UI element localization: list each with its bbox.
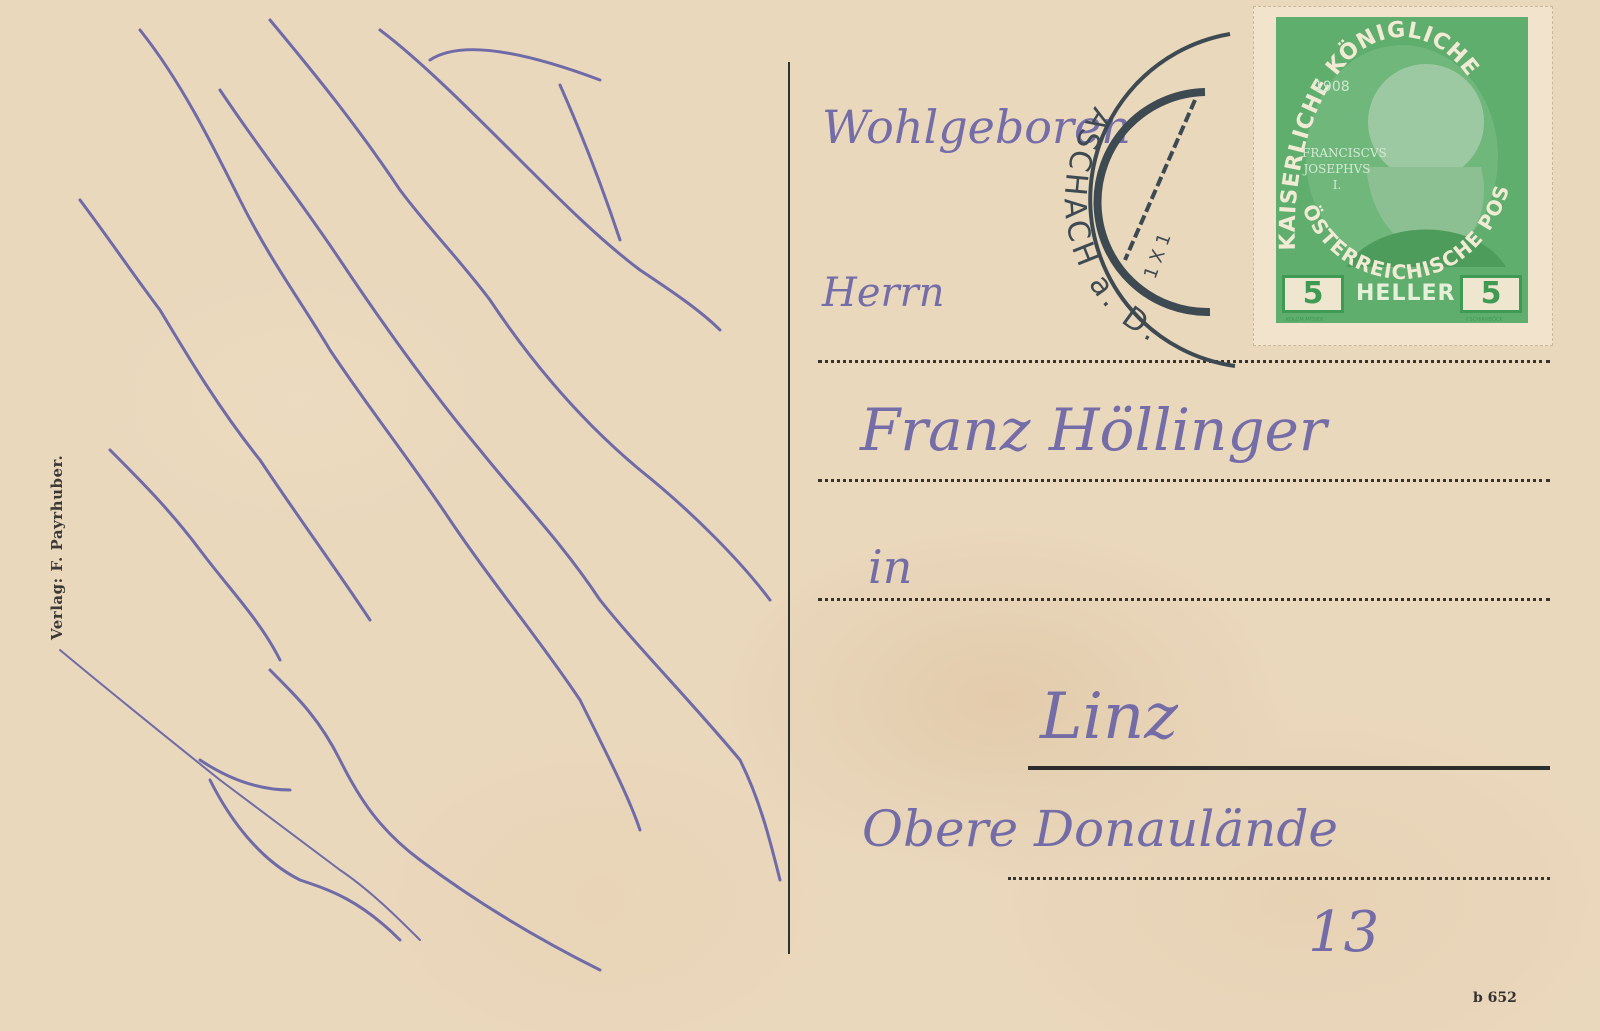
card-serial-number: b 652 xyxy=(1473,990,1517,1006)
svg-text:ASCHACH a. D.: ASCHACH a. D. xyxy=(1056,102,1167,351)
address-city: Linz xyxy=(1040,680,1178,754)
postcard-back: Verlag: F. Payrhuber. Herzlichen Dank fü… xyxy=(0,0,1600,1031)
stamp-value-left: 5 xyxy=(1282,275,1344,313)
postage-stamp: KAISERLICHE KÖNIGLICHE ÖSTERREICHISCHE P… xyxy=(1253,6,1553,346)
address-house-number: 13 xyxy=(1308,900,1379,965)
stamp-year: 1908 xyxy=(1314,79,1350,95)
address-name: Franz Höllinger xyxy=(860,396,1327,464)
stamp-design: KAISERLICHE KÖNIGLICHE ÖSTERREICHISCHE P… xyxy=(1276,17,1528,323)
stamp-designer-right: F.SCHIRNBÖCK xyxy=(1466,317,1503,323)
postmark-date: 1 X 1 xyxy=(1140,231,1176,282)
stamp-designer-left: KOLOM.MOSER xyxy=(1286,317,1323,323)
stamp-portrait-caption: FRANCISCVS JOSEPHVS I. xyxy=(1302,145,1372,193)
address-title: Herrn xyxy=(822,270,945,316)
stamp-currency: HELLER xyxy=(1356,281,1452,306)
address-preposition: in xyxy=(868,540,912,594)
stamp-value-right: 5 xyxy=(1460,275,1522,313)
address-street: Obere Donaulände xyxy=(862,800,1338,858)
